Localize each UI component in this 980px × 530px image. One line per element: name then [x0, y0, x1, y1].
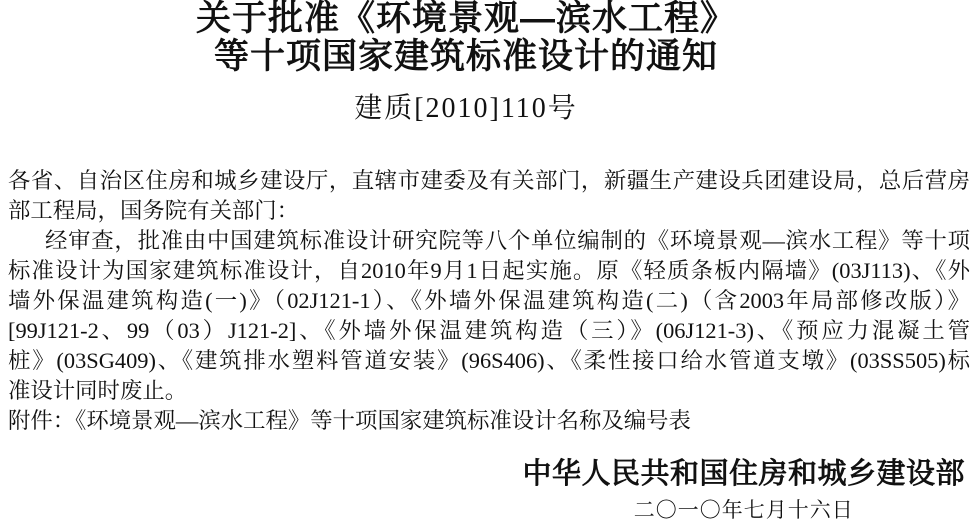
notice-title: 关于批准《环境景观—滨水工程》 等十项国家建筑标准设计的通知: [0, 0, 980, 76]
signature-block: 中华人民共和国住房和城乡建设部 二〇一〇年七月十六日: [522, 455, 965, 522]
body-line-addressees-1: 各省、自治区住房和城乡建设厅，直辖市建委及有关部门，新疆生产建设兵团建设局，总后…: [8, 166, 970, 196]
notice-title-line-1: 关于批准《环境景观—滨水工程》: [0, 0, 932, 38]
notice-body: 各省、自治区住房和城乡建设厅，直辖市建委及有关部门，新疆生产建设兵团建设局，总后…: [8, 166, 970, 436]
issuing-authority: 中华人民共和国住房和城乡建设部: [522, 455, 965, 493]
body-line-approval-1: 经审查，批准由中国建筑标准设计研究院等八个单位编制的《环境景观—滨水工程》等十项: [8, 226, 970, 256]
doc-number: 建质[2010]110号: [0, 92, 980, 126]
attachment-line: 附件：《环境景观—滨水工程》等十项国家建筑标准设计名称及编号表: [8, 406, 970, 436]
issue-date: 二〇一〇年七月十六日: [522, 498, 965, 522]
body-line-approval-2: 标准设计为国家建筑标准设计，自2010年9月1日起实施。原《轻质条板内隔墙》(0…: [8, 256, 970, 286]
body-line-approval-3: 墙外保温建筑构造(一)》（02J121-1）、《外墙外保温建筑构造(二)（含20…: [8, 286, 970, 316]
notice-document-page: 关于批准《环境景观—滨水工程》 等十项国家建筑标准设计的通知 建质[2010]1…: [0, 0, 980, 530]
body-line-approval-4: [99J121-2、99（03）J121-2]、《外墙外保温建筑构造（三）》(0…: [8, 316, 970, 346]
body-line-approval-6: 准设计同时废止。: [8, 376, 970, 406]
body-line-approval-5: 桩》(03SG409)、《建筑排水塑料管道安装》(96S406)、《柔性接口给水…: [8, 346, 970, 376]
notice-title-line-2: 等十项国家建筑标准设计的通知: [0, 38, 932, 76]
body-line-addressees-2: 部工程局，国务院有关部门：: [8, 196, 970, 226]
